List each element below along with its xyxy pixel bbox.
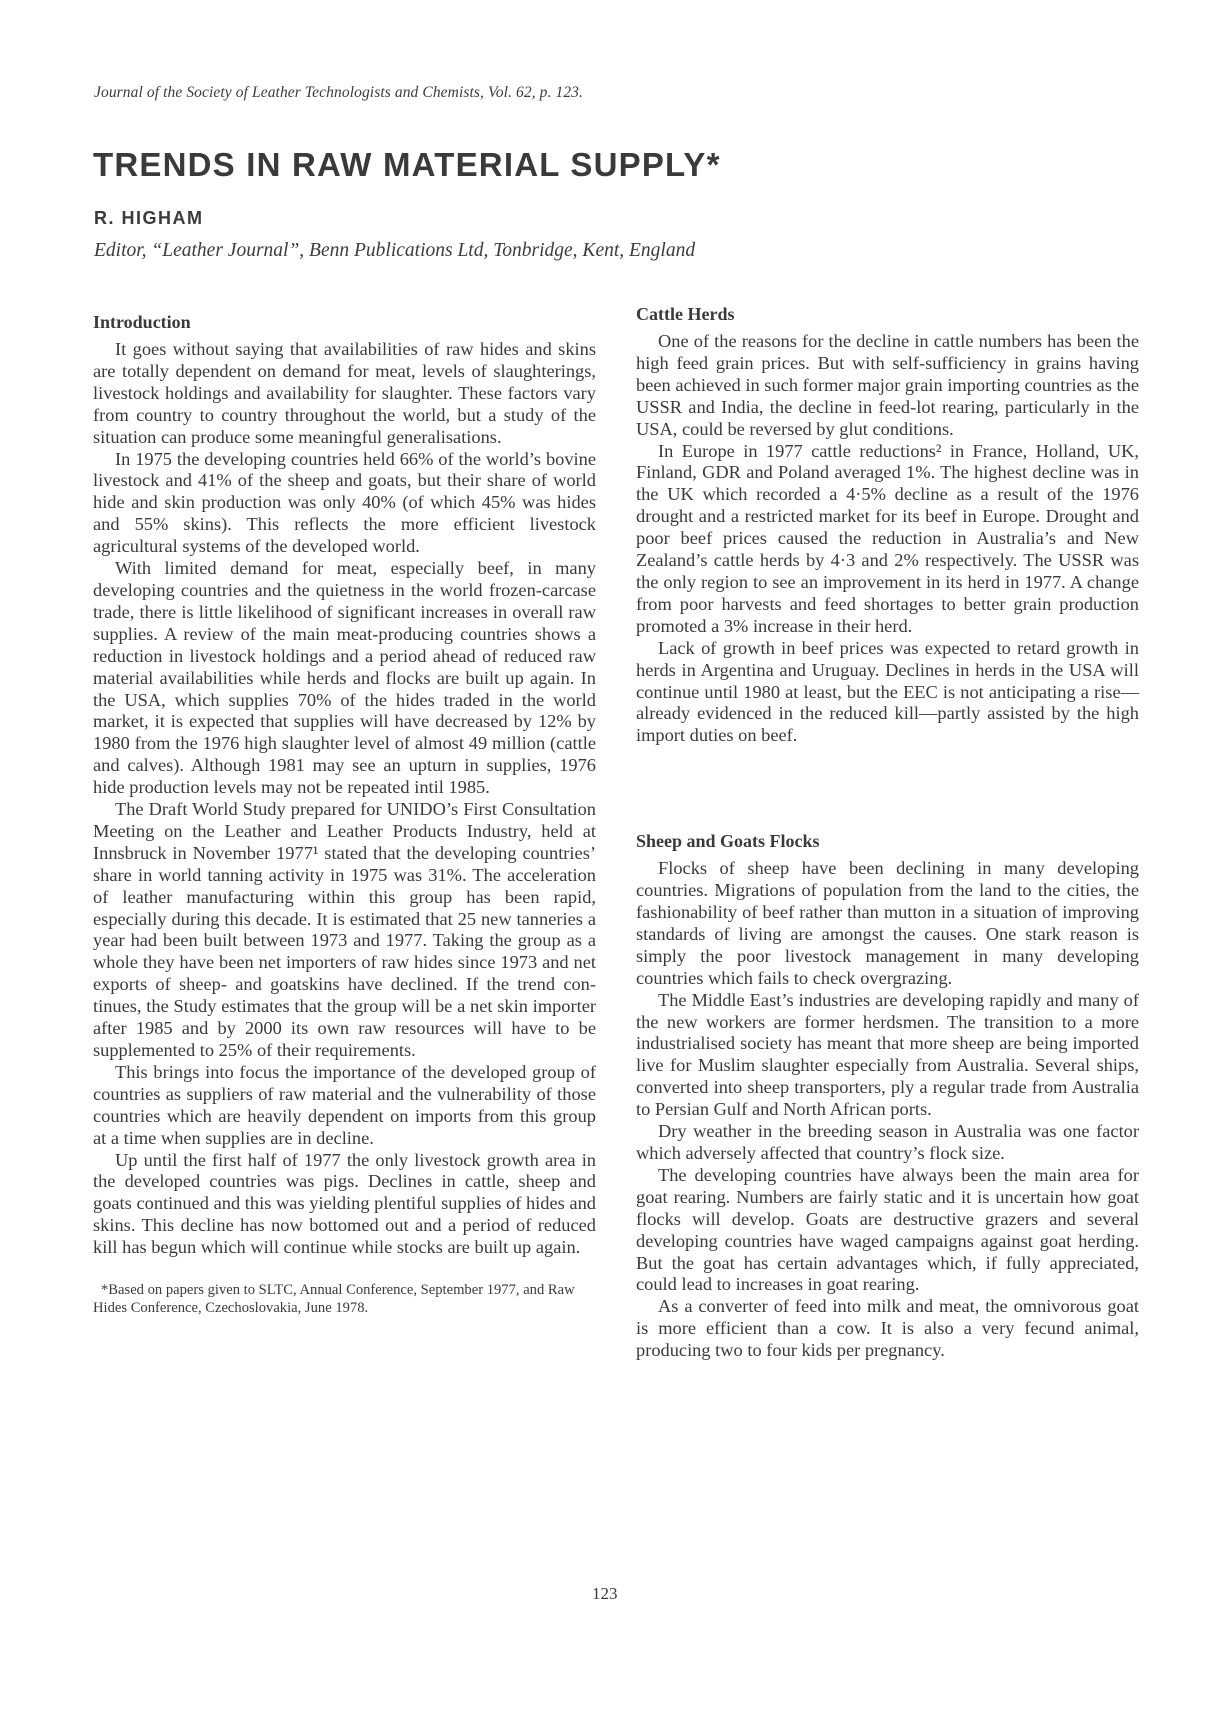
paragraph: The Draft World Study prepared for UNIDO… bbox=[93, 799, 596, 1062]
paragraph: As a converter of feed into milk and mea… bbox=[636, 1296, 1139, 1362]
article-title: TRENDS IN RAW MATERIAL SUPPLY* bbox=[93, 146, 721, 184]
section-introduction: Introduction It goes without saying that… bbox=[93, 311, 596, 1259]
section-spacer bbox=[636, 747, 1139, 830]
paragraph: One of the reasons for the decline in ca… bbox=[636, 331, 1139, 441]
section-sheep-goats-flocks: Sheep and Goats Flocks Flocks of sheep h… bbox=[636, 830, 1139, 1362]
paragraph: The developing countries have always bee… bbox=[636, 1165, 1139, 1296]
author-name: R. HIGHAM bbox=[94, 208, 204, 229]
paragraph: With limited demand for meat, especially… bbox=[93, 558, 596, 799]
footnote: *Based on papers given to SLTC, Annual C… bbox=[93, 1281, 596, 1317]
page-number: 123 bbox=[592, 1584, 618, 1604]
paragraph: This brings into focus the importance of… bbox=[93, 1062, 596, 1150]
paragraph: In Europe in 1977 cattle reductions² in … bbox=[636, 441, 1139, 638]
paragraph: Up until the first half of 1977 the only… bbox=[93, 1150, 596, 1260]
left-column: Introduction It goes without saying that… bbox=[93, 311, 596, 1332]
running-head: Journal of the Society of Leather Techno… bbox=[94, 84, 583, 102]
section-heading: Cattle Herds bbox=[636, 303, 1139, 325]
paragraph: In 1975 the developing countries held 66… bbox=[93, 449, 596, 559]
paragraph: Lack of growth in beef prices was expect… bbox=[636, 638, 1139, 748]
paragraph: It goes without saying that availabiliti… bbox=[93, 339, 596, 449]
author-affiliation: Editor, “Leather Journal”, Benn Publicat… bbox=[94, 240, 695, 262]
right-column: Cattle Herds One of the reasons for the … bbox=[636, 303, 1139, 1362]
paragraph: Dry weather in the breeding season in Au… bbox=[636, 1121, 1139, 1165]
section-heading: Sheep and Goats Flocks bbox=[636, 830, 1139, 852]
section-cattle-herds: Cattle Herds One of the reasons for the … bbox=[636, 303, 1139, 747]
section-heading: Introduction bbox=[93, 311, 596, 333]
paragraph: Flocks of sheep have been declining in m… bbox=[636, 858, 1139, 989]
paragraph: The Middle East’s industries are develop… bbox=[636, 990, 1139, 1121]
